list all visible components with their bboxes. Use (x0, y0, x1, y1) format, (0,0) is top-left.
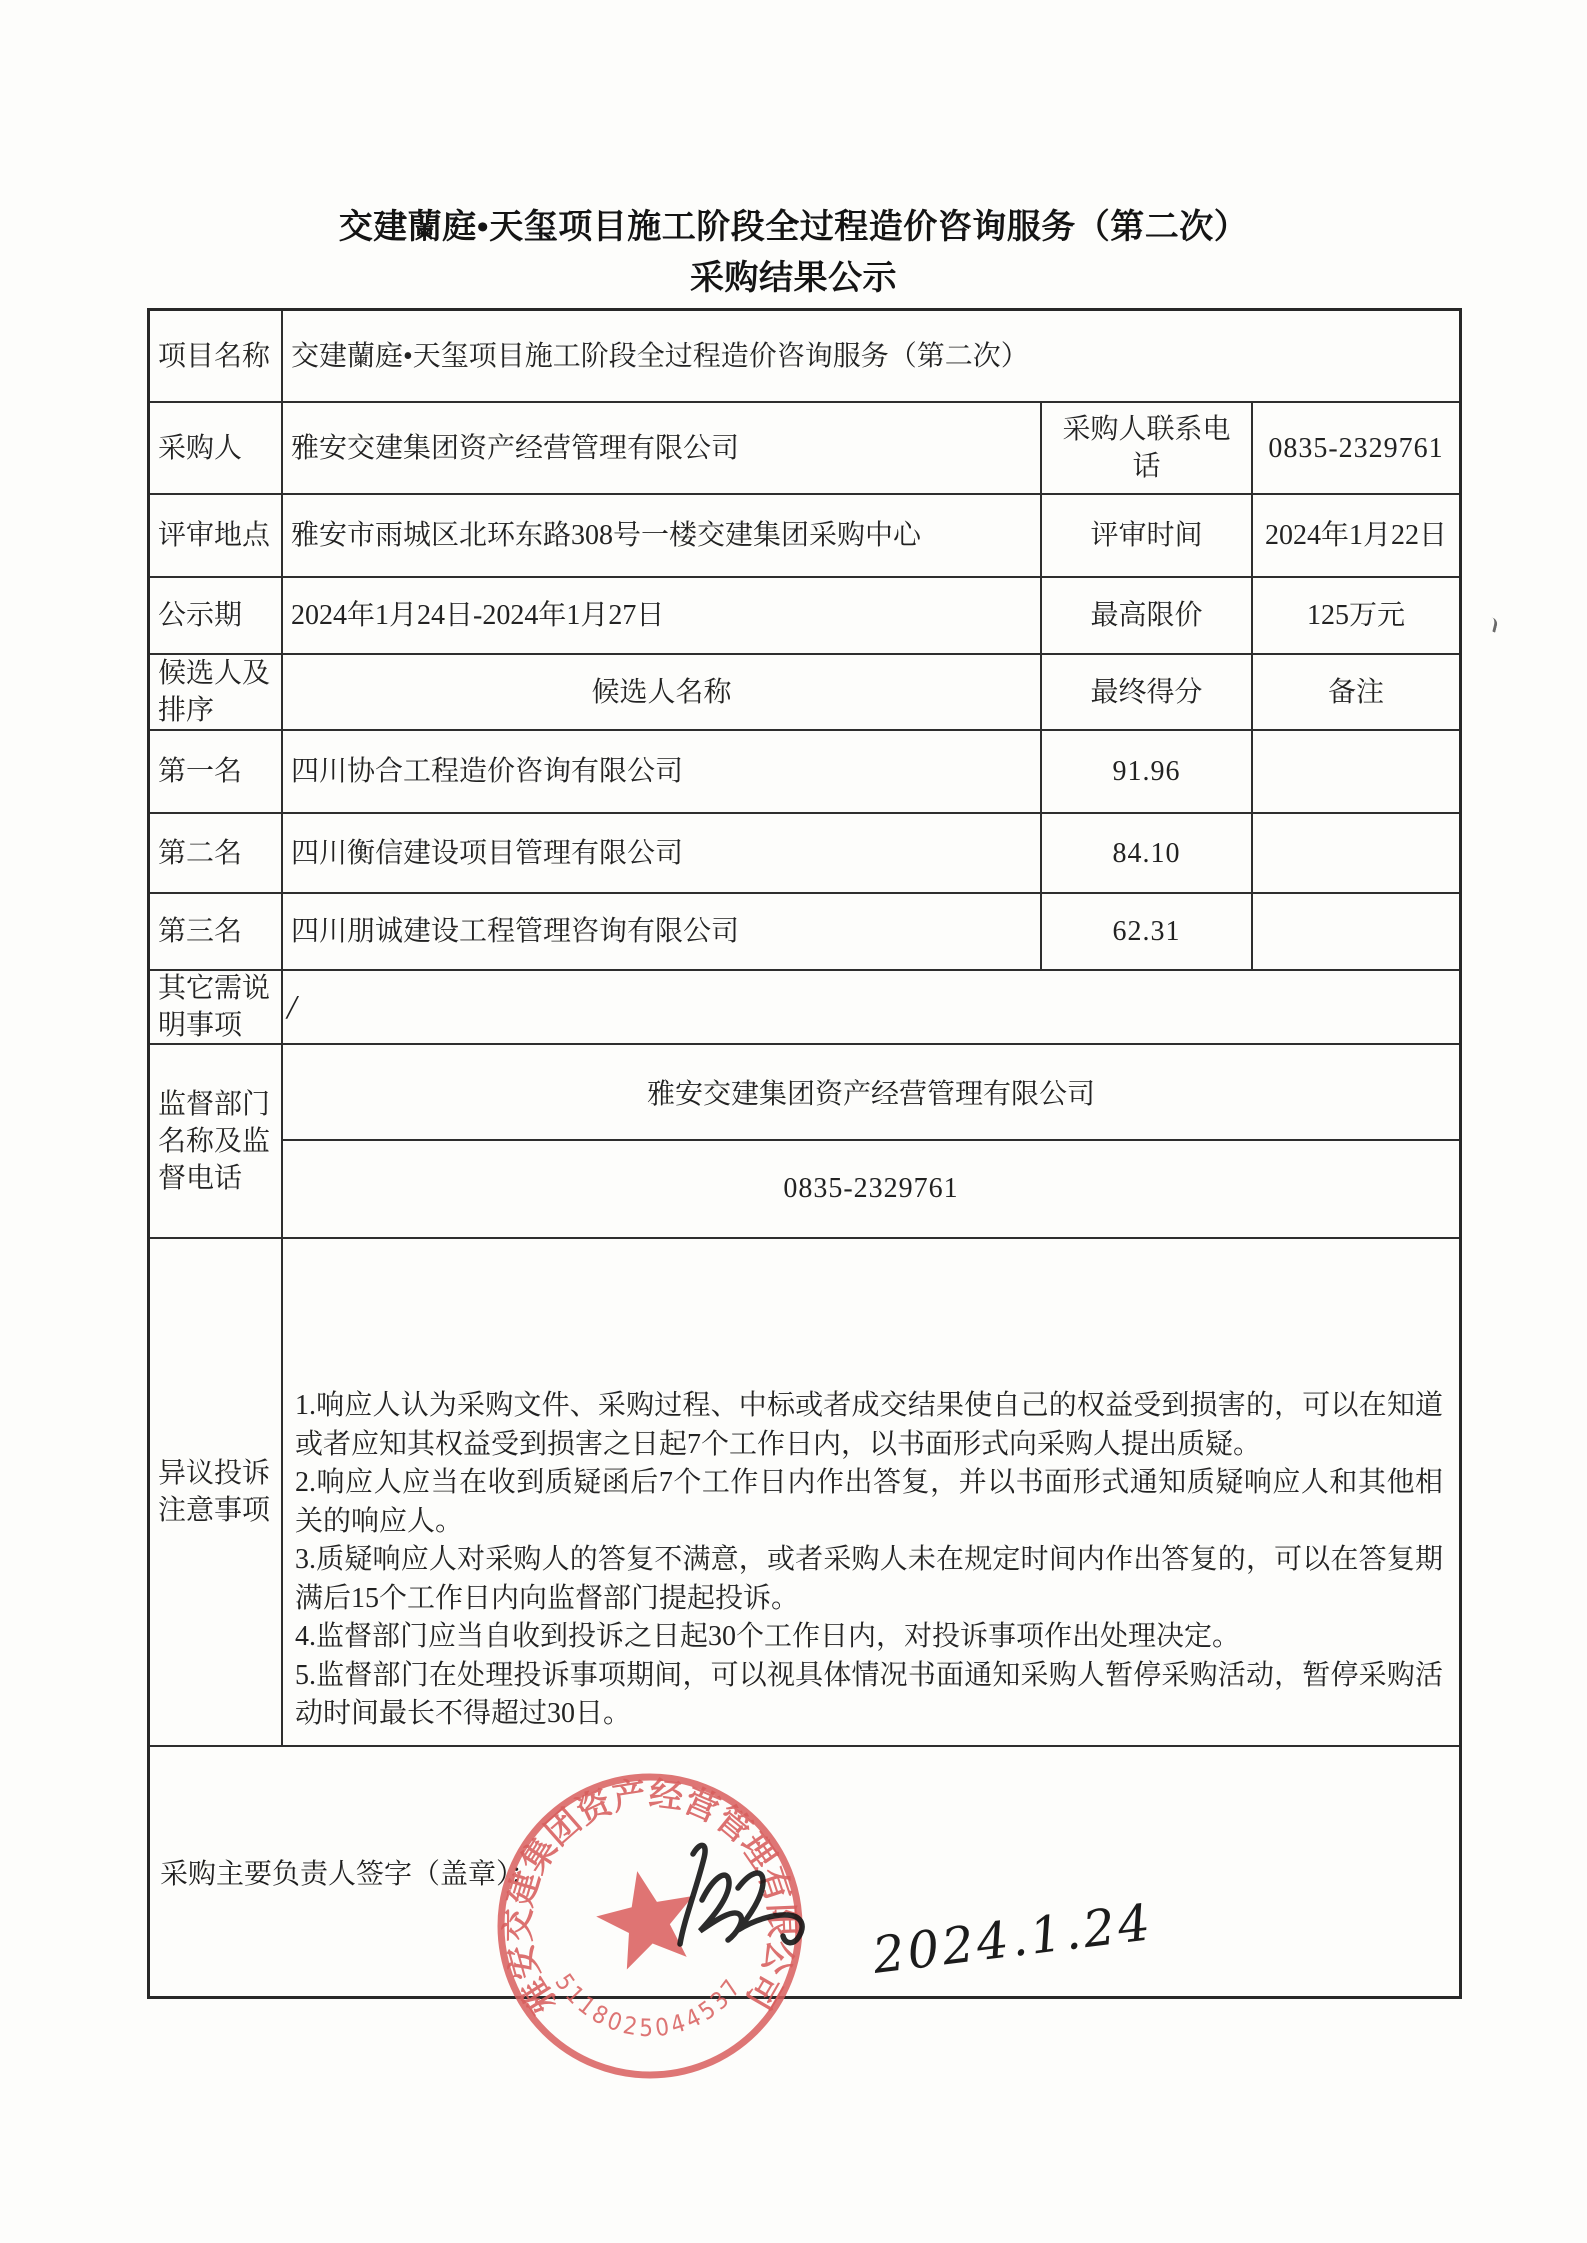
svg-text:5118025044537: 5118025044537 (549, 1969, 748, 2043)
candidate-remark-header: 备注 (1253, 655, 1459, 729)
title-line-1: 交建蘭庭•天玺项目施工阶段全过程造价咨询服务（第二次） (0, 202, 1587, 253)
candidate-1-score: 91.96 (1042, 731, 1253, 812)
candidate-score-header: 最终得分 (1042, 655, 1253, 729)
scan-artifact (1488, 617, 1498, 632)
document-title: 交建蘭庭•天玺项目施工阶段全过程造价咨询服务（第二次） 采购结果公示 (0, 202, 1587, 304)
title-line-2: 采购结果公示 (0, 253, 1587, 304)
candidate-3-score: 62.31 (1042, 894, 1253, 969)
purchaser-value: 雅安交建集团资产经营管理有限公司 (283, 403, 1042, 493)
row-publicity-period: 公示期 2024年1月24日-2024年1月27日 最高限价 125万元 (150, 578, 1459, 655)
candidate-row-2: 第二名 四川衡信建设项目管理有限公司 84.10 (150, 814, 1459, 894)
official-stamp: 雅安交建集团资产经营管理有限公司 5118025044537 (488, 1768, 812, 2092)
objection-item-4: 4.监督部门应当自收到投诉之日起30个工作日内，对投诉事项作出处理决定。 (295, 1618, 1443, 1657)
candidate-row-1: 第一名 四川协合工程造价咨询有限公司 91.96 (150, 731, 1459, 814)
supervision-department-name: 雅安交建集团资产经营管理有限公司 (283, 1045, 1459, 1141)
row-objection-notes: 异议投诉注意事项 1.响应人认为采购文件、采购过程、中标或者成交结果使自己的权益… (150, 1239, 1459, 1747)
candidate-row-3: 第三名 四川朋诚建设工程管理咨询有限公司 62.31 (150, 894, 1459, 971)
review-location-value: 雅安市雨城区北环东路308号一楼交建集团采购中心 (283, 495, 1042, 576)
candidate-3-rank: 第三名 (150, 894, 283, 969)
procurement-result-table: 项目名称 交建蘭庭•天玺项目施工阶段全过程造价咨询服务（第二次） 采购人 雅安交… (147, 308, 1462, 1999)
objection-item-5: 5.监督部门在处理投诉事项期间，可以视具体情况书面通知采购人暂停采购活动，暂停采… (295, 1657, 1443, 1734)
purchaser-label: 采购人 (150, 403, 283, 493)
supervision-label: 监督部门名称及监督电话 (150, 1045, 283, 1237)
candidate-name-header: 候选人名称 (283, 655, 1042, 729)
candidate-3-name: 四川朋诚建设工程管理咨询有限公司 (283, 894, 1042, 969)
review-time-label: 评审时间 (1042, 495, 1253, 576)
candidate-1-rank: 第一名 (150, 731, 283, 812)
publicity-period-value: 2024年1月24日-2024年1月27日 (283, 578, 1042, 653)
candidate-2-score: 84.10 (1042, 814, 1253, 892)
candidate-3-remark (1253, 894, 1459, 969)
project-name-label: 项目名称 (150, 311, 283, 401)
row-purchaser: 采购人 雅安交建集团资产经营管理有限公司 采购人联系电话 0835-232976… (150, 403, 1459, 495)
candidate-rank-header: 候选人及排序 (150, 655, 283, 729)
objection-item-3: 3.质疑响应人对采购人的答复不满意，或者采购人未在规定时间内作出答复的，可以在答… (295, 1541, 1443, 1618)
max-price-value: 125万元 (1253, 578, 1459, 653)
row-review-location: 评审地点 雅安市雨城区北环东路308号一楼交建集团采购中心 评审时间 2024年… (150, 495, 1459, 578)
objection-item-1: 1.响应人认为采购文件、采购过程、中标或者成交结果使自己的权益受到损害的，可以在… (295, 1387, 1443, 1464)
candidate-1-remark (1253, 731, 1459, 812)
review-location-label: 评审地点 (150, 495, 283, 576)
other-notes-value: / (283, 971, 1459, 1043)
objection-item-2: 2.响应人应当在收到质疑函后7个工作日内作出答复，并以书面形式通知质疑响应人和其… (295, 1464, 1443, 1541)
other-notes-label: 其它需说明事项 (150, 971, 283, 1043)
supervision-phone: 0835-2329761 (283, 1141, 1459, 1237)
objection-text: 1.响应人认为采购文件、采购过程、中标或者成交结果使自己的权益受到损害的，可以在… (283, 1239, 1459, 1745)
candidate-1-name: 四川协合工程造价咨询有限公司 (283, 731, 1042, 812)
row-supervision: 监督部门名称及监督电话 雅安交建集团资产经营管理有限公司 0835-232976… (150, 1045, 1459, 1239)
document-page: 交建蘭庭•天玺项目施工阶段全过程造价咨询服务（第二次） 采购结果公示 项目名称 … (0, 0, 1587, 2243)
objection-label: 异议投诉注意事项 (150, 1239, 283, 1745)
candidate-2-name: 四川衡信建设项目管理有限公司 (283, 814, 1042, 892)
row-project-name: 项目名称 交建蘭庭•天玺项目施工阶段全过程造价咨询服务（第二次） (150, 311, 1459, 403)
stamp-number-text: 5118025044537 (549, 1969, 748, 2043)
max-price-label: 最高限价 (1042, 578, 1253, 653)
supervision-values: 雅安交建集团资产经营管理有限公司 0835-2329761 (283, 1045, 1459, 1237)
row-candidates-header: 候选人及排序 候选人名称 最终得分 备注 (150, 655, 1459, 731)
row-other-notes: 其它需说明事项 / (150, 971, 1459, 1045)
purchaser-phone-label: 采购人联系电话 (1042, 403, 1253, 493)
candidate-2-rank: 第二名 (150, 814, 283, 892)
purchaser-phone-value: 0835-2329761 (1253, 403, 1459, 493)
candidate-2-remark (1253, 814, 1459, 892)
review-time-value: 2024年1月22日 (1253, 495, 1459, 576)
publicity-period-label: 公示期 (150, 578, 283, 653)
project-name-value: 交建蘭庭•天玺项目施工阶段全过程造价咨询服务（第二次） (283, 311, 1459, 401)
